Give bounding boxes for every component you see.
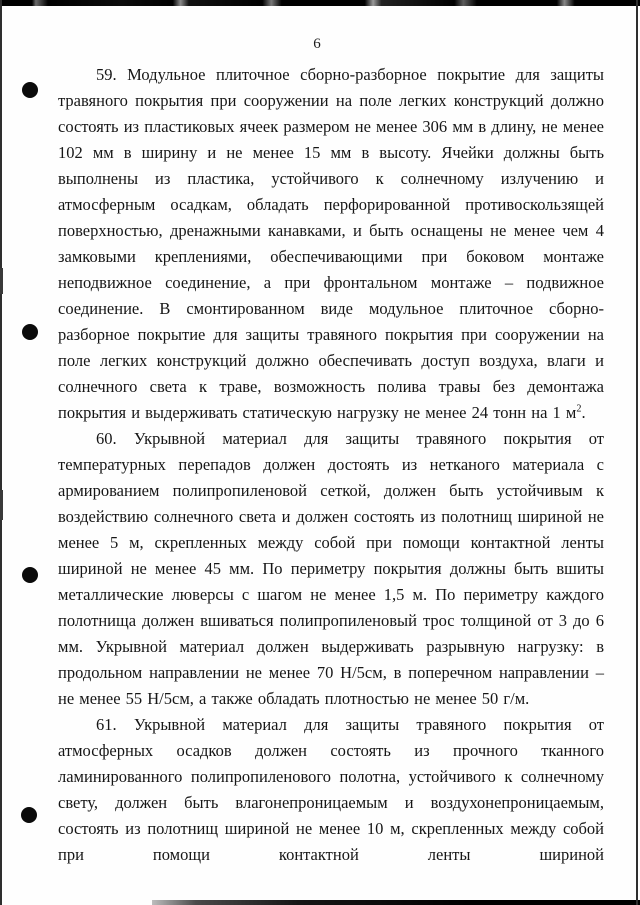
scanned-document-page: 6 59. Модульное плиточное сборно-разборн… (0, 0, 640, 905)
binding-hole-dot (21, 807, 37, 823)
paragraph-59-text: 59. Модульное плиточное сборно-разборное… (58, 65, 604, 422)
binding-hole-dot (22, 567, 38, 583)
scan-edge-bottom (152, 900, 640, 905)
binding-hole-dot (22, 82, 38, 98)
paragraph-59: 59. Модульное плиточное сборно-разборное… (58, 62, 604, 426)
scan-speck (0, 268, 3, 294)
scan-edge-right (636, 0, 638, 905)
binding-hole-dot (22, 324, 38, 340)
paragraph-59-tail: . (581, 403, 585, 422)
scan-edge-left (0, 0, 2, 905)
paragraph-60: 60. Укрывной материал для защиты травяно… (58, 426, 604, 712)
scan-edge-top (0, 0, 640, 6)
document-text: 59. Модульное плиточное сборно-разборное… (58, 62, 604, 868)
scan-speck (0, 490, 3, 520)
page-number: 6 (0, 36, 634, 53)
paragraph-61: 61. Укрывной материал для защиты травяно… (58, 712, 604, 868)
